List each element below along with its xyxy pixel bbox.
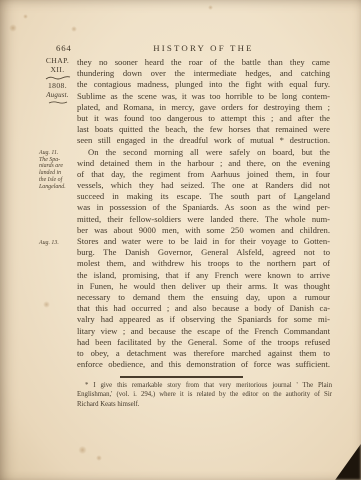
text-line: the Isle of <box>39 177 76 184</box>
text-line: Englishman,' (vol. i. 294,) where it is … <box>77 390 332 399</box>
body-text: they no sooner heard the roar of the bat… <box>77 57 330 370</box>
text-line: succeed in making its escape. The south … <box>77 191 330 202</box>
text-line: On the second morning all were safely on… <box>77 147 330 158</box>
sidenote-aug-13: Aug. 13. <box>39 240 76 247</box>
text-line: litary view ; and because the escape of … <box>77 326 330 337</box>
text-line: in Funen, he would then deliver up their… <box>77 281 330 292</box>
chapter-month: August. <box>39 91 76 100</box>
text-line: The Spa- <box>39 157 76 164</box>
text-line: to obey, a detachment was therefore marc… <box>77 348 330 359</box>
chapter-numeral: XII. <box>39 66 76 75</box>
text-line: Richard Keats himself. <box>77 400 332 409</box>
running-title: HISTORY OF THE <box>77 43 330 53</box>
text-line: landed in <box>39 170 76 177</box>
text-line: valry had appeared as if observing the S… <box>77 314 330 325</box>
text-line: that this had occurred ; and also becaus… <box>77 303 330 314</box>
footnote-rule <box>120 376 243 378</box>
text-line: molest them, and withdrew his troops to … <box>77 258 330 269</box>
text-line: the island, promising, that if any Frenc… <box>77 270 330 281</box>
foxing-spot <box>43 301 50 308</box>
foxing-spot <box>208 5 213 10</box>
text-line: they no sooner heard the roar of the bat… <box>77 57 330 68</box>
chapter-year: 1808. <box>39 82 76 91</box>
text-line: Aug. 11. <box>39 150 76 157</box>
flourish-icon <box>48 100 68 105</box>
text-line: vessels, which they had seized. The one … <box>77 180 330 191</box>
sidenote-aug-11: Aug. 11.The Spa-niards arelanded inthe I… <box>39 150 76 190</box>
text-line: Sublime as the scene was, it was too hor… <box>77 91 330 102</box>
foxing-spot <box>23 14 28 19</box>
text-line: Langeland. <box>39 184 76 191</box>
chapter-margin-heading: CHAP. XII. 1808. August. <box>39 57 76 106</box>
paragraph: On the second morning all were safely on… <box>77 147 330 371</box>
text-line: mitted, their fellow-soldiers were lande… <box>77 214 330 225</box>
text-line: burg. The Danish Governor, General Alsfe… <box>77 247 330 258</box>
text-line: wind detained them in the harbour ; and … <box>77 158 330 169</box>
text-line: * I give this remarkable story from that… <box>77 381 332 390</box>
footnote-text: * I give this remarkable story from that… <box>77 381 332 409</box>
book-page: 664 HISTORY OF THE CHAP. XII. 1808. Augu… <box>0 0 361 480</box>
text-line: seen still engaged in the dreadful work … <box>77 135 330 146</box>
text-line: but it was found too dangerous to attemp… <box>77 113 330 124</box>
text-line: necessary to demand them the ensuing day… <box>77 292 330 303</box>
text-line: niards are <box>39 163 76 170</box>
text-line: had been facilitated by the General. Som… <box>77 337 330 348</box>
text-line: ber was about 9000 men, with some 250 wo… <box>77 225 330 236</box>
text-line: thundering down over the intermediate he… <box>77 68 330 79</box>
foxing-spot <box>71 26 77 32</box>
foxing-spot <box>96 455 102 461</box>
foxing-spot <box>9 24 17 32</box>
page-header: 664 HISTORY OF THE <box>0 43 361 55</box>
foxing-spot <box>78 446 87 454</box>
text-line: Stores and water were to be laid in for … <box>77 236 330 247</box>
paragraph: they no sooner heard the roar of the bat… <box>77 57 330 147</box>
text-line: was in possession of the Spaniards. As s… <box>77 202 330 213</box>
page-number: 664 <box>56 43 72 53</box>
text-line: of that day, the regiment from Aarhuus j… <box>77 169 330 180</box>
text-line: Aug. 13. <box>39 240 76 247</box>
text-line: the contagious madness, plunged into the… <box>77 79 330 90</box>
page-corner-shadow <box>334 443 361 480</box>
text-line: plated, and Romana, in mercy, gave order… <box>77 102 330 113</box>
text-line: last boats quitted the beach, the few ho… <box>77 124 330 135</box>
text-line: enforce obedience, and this demonstratio… <box>77 359 330 370</box>
